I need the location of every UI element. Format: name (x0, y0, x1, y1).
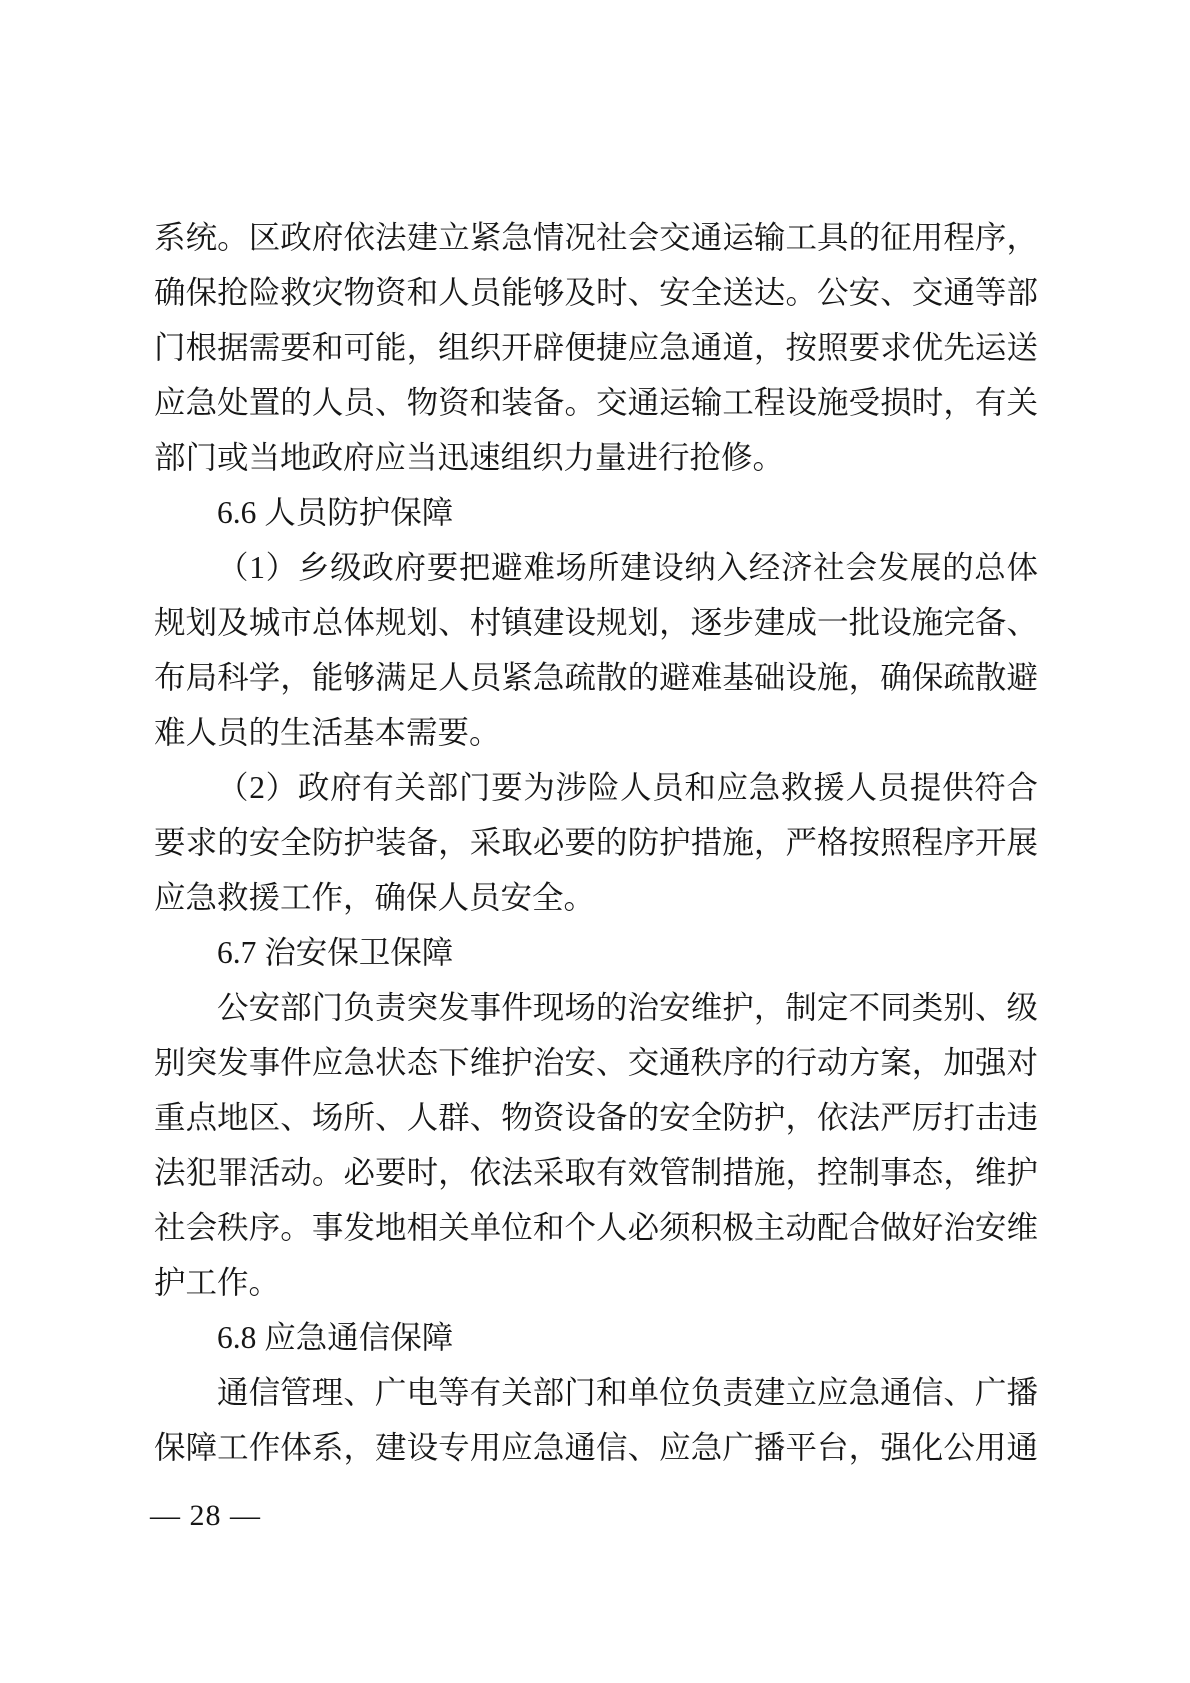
doc-line: 应急救援工作，确保人员安全。 (154, 870, 1038, 925)
section-heading-6-7: 6.7 治安保卫保障 (154, 925, 1038, 980)
doc-line: 别突发事件应急状态下维护治安、交通秩序的行动方案，加强对 (154, 1035, 1038, 1090)
doc-line: 公安部门负责突发事件现场的治安维护，制定不同类别、级 (154, 980, 1038, 1035)
doc-line: （1）乡级政府要把避难场所建设纳入经济社会发展的总体 (154, 540, 1038, 595)
doc-line: 难人员的生活基本需要。 (154, 705, 1038, 760)
doc-line: （2）政府有关部门要为涉险人员和应急救援人员提供符合 (154, 760, 1038, 815)
doc-line: 门根据需要和可能，组织开辟便捷应急通道，按照要求优先运送 (154, 320, 1038, 375)
doc-line: 系统。区政府依法建立紧急情况社会交通运输工具的征用程序， (154, 210, 1038, 265)
doc-line: 重点地区、场所、人群、物资设备的安全防护，依法严厉打击违 (154, 1090, 1038, 1145)
text-block: 系统。区政府依法建立紧急情况社会交通运输工具的征用程序， 确保抢险救灾物资和人员… (154, 210, 1038, 1475)
section-heading-6-6: 6.6 人员防护保障 (154, 485, 1038, 540)
document-page: 系统。区政府依法建立紧急情况社会交通运输工具的征用程序， 确保抢险救灾物资和人员… (0, 0, 1190, 1683)
doc-line: 要求的安全防护装备，采取必要的防护措施，严格按照程序开展 (154, 815, 1038, 870)
doc-line: 通信管理、广电等有关部门和单位负责建立应急通信、广播 (154, 1365, 1038, 1420)
page-number: — 28 — (150, 1497, 261, 1535)
doc-line: 应急处置的人员、物资和装备。交通运输工程设施受损时，有关 (154, 375, 1038, 430)
doc-line: 规划及城市总体规划、村镇建设规划，逐步建成一批设施完备、 (154, 595, 1038, 650)
section-heading-6-8: 6.8 应急通信保障 (154, 1310, 1038, 1365)
doc-line: 法犯罪活动。必要时，依法采取有效管制措施，控制事态，维护 (154, 1145, 1038, 1200)
doc-line: 确保抢险救灾物资和人员能够及时、安全送达。公安、交通等部 (154, 265, 1038, 320)
doc-line: 护工作。 (154, 1255, 1038, 1310)
doc-line: 部门或当地政府应当迅速组织力量进行抢修。 (154, 430, 1038, 485)
doc-line: 保障工作体系，建设专用应急通信、应急广播平台，强化公用通 (154, 1420, 1038, 1475)
doc-line: 社会秩序。事发地相关单位和个人必须积极主动配合做好治安维 (154, 1200, 1038, 1255)
doc-line: 布局科学，能够满足人员紧急疏散的避难基础设施，确保疏散避 (154, 650, 1038, 705)
